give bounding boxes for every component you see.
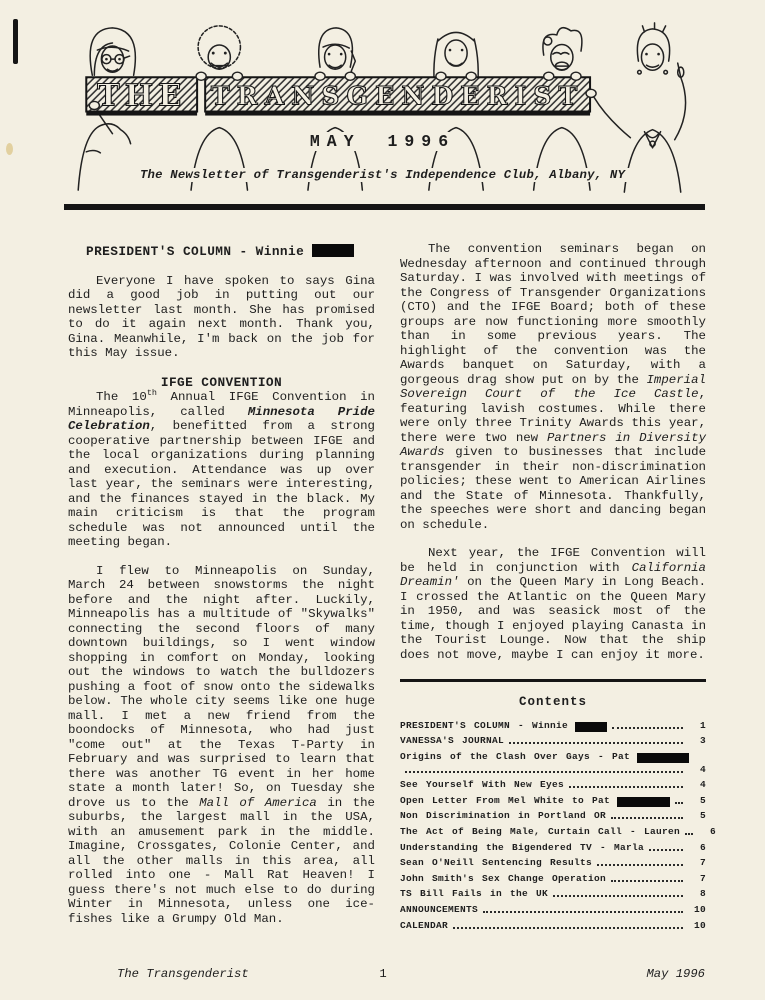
- dotted-leader: [612, 727, 683, 729]
- dotted-leader: [569, 786, 683, 788]
- convention-paragraph-2: Next year, the IFGE Convention will be h…: [400, 546, 706, 662]
- masthead: THE TRANSGENDERIST MAY 1996 The Newslett…: [0, 0, 765, 215]
- toc-row-continuation: 4: [400, 764, 706, 775]
- ifge-paragraph-1: The 10th Annual IFGE Convention in Minne…: [68, 390, 375, 550]
- dotted-leader: [685, 833, 693, 835]
- toc-entry-label: See Yourself With New Eyes: [400, 779, 564, 790]
- dotted-leader: [453, 927, 683, 929]
- redaction-box: [637, 753, 689, 763]
- toc-page-number: 4: [688, 764, 706, 775]
- footer-newsletter-name: The Transgenderist: [117, 967, 249, 981]
- dotted-leader: [649, 849, 683, 851]
- newsletter-page: THE TRANSGENDERIST MAY 1996 The Newslett…: [0, 0, 765, 1000]
- dotted-leader: [509, 742, 683, 744]
- issue-date-text: MAY 1996: [302, 132, 463, 151]
- woman-figure-6: [594, 23, 685, 192]
- toc-page-number: 8: [688, 888, 706, 899]
- toc-row: See Yourself With New Eyes4: [400, 779, 706, 790]
- toc-entry-label: VANESSA'S JOURNAL: [400, 735, 504, 746]
- toc-entry-label: Origins of the Clash Over Gays - Pat: [400, 751, 630, 762]
- toc-entry-label: John Smith's Sex Change Operation: [400, 873, 606, 884]
- figure-eye-dots: [105, 49, 660, 61]
- text-segment: , benefitted from a strong cooperative p…: [68, 419, 375, 549]
- banner-word-the: THE: [97, 78, 186, 113]
- text-segment: The convention seminars began on Wednesd…: [400, 242, 706, 387]
- toc-page-number: 5: [688, 810, 706, 821]
- toc-row: TS Bill Fails in the UK8: [400, 888, 706, 899]
- toc-row: The Act of Being Male, Curtain Call - La…: [400, 826, 706, 837]
- dotted-leader: [483, 911, 683, 913]
- dotted-leader: [597, 864, 683, 866]
- table-of-contents: PRESIDENT'S COLUMN - Winnie1VANESSA'S JO…: [400, 720, 706, 931]
- dotted-leader: [611, 817, 683, 819]
- convention-paragraph-1: The convention seminars began on Wednesd…: [400, 242, 706, 532]
- toc-page-number: 7: [688, 873, 706, 884]
- toc-row: John Smith's Sex Change Operation7: [400, 873, 706, 884]
- toc-row: Sean O'Neill Sentencing Results7: [400, 857, 706, 868]
- text-segment: Everyone I have spoken to says Gina did …: [68, 274, 375, 361]
- toc-entry-label: The Act of Being Male, Curtain Call - La…: [400, 826, 680, 837]
- footer-date: May 1996: [646, 967, 705, 981]
- toc-row: Non Discrimination in Portland OR5: [400, 810, 706, 821]
- toc-page-number: 4: [688, 779, 706, 790]
- toc-entry-label: Understanding the Bigendered TV - Marla: [400, 842, 644, 853]
- toc-entry-label: CALENDAR: [400, 920, 448, 931]
- left-column: PRESIDENT'S COLUMN - Winnie Everyone I h…: [68, 242, 375, 926]
- presidents-column-heading: PRESIDENT'S COLUMN - Winnie: [68, 242, 375, 260]
- toc-row: PRESIDENT'S COLUMN - Winnie1: [400, 720, 706, 731]
- redaction-box: [312, 244, 354, 257]
- dotted-leader: [611, 880, 683, 882]
- toc-page-number: 5: [688, 795, 706, 806]
- toc-entry-label: Sean O'Neill Sentencing Results: [400, 857, 592, 868]
- toc-row: Open Letter From Mel White to Pat5: [400, 795, 706, 806]
- toc-entry-label: ANNOUNCEMENTS: [400, 904, 478, 915]
- banner-word-transgenderist: TRANSGENDERIST: [211, 80, 584, 110]
- toc-entry-label: Non Discrimination in Portland OR: [400, 810, 606, 821]
- toc-entry-label: TS Bill Fails in the UK: [400, 888, 548, 899]
- toc-row: CALENDAR10: [400, 920, 706, 931]
- dotted-leader: [675, 802, 683, 804]
- toc-row: VANESSA'S JOURNAL3: [400, 735, 706, 746]
- toc-page-number: 6: [688, 842, 706, 853]
- dotted-leader: [553, 895, 683, 897]
- toc-entry-label: PRESIDENT'S COLUMN - Winnie: [400, 720, 568, 731]
- title-banner: THE TRANSGENDERIST: [86, 77, 590, 115]
- presidents-column-heading-text: PRESIDENT'S COLUMN - Winnie: [86, 244, 304, 259]
- toc-page-number: 1: [688, 720, 706, 731]
- toc-page-number: 3: [688, 735, 706, 746]
- toc-row: Understanding the Bigendered TV - Marla6: [400, 842, 706, 853]
- contents-divider-rule: [400, 679, 706, 682]
- toc-row: Origins of the Clash Over Gays - Pat: [400, 751, 706, 762]
- toc-page-number: 6: [698, 826, 716, 837]
- toc-row: ANNOUNCEMENTS10: [400, 904, 706, 915]
- text-segment: I flew to Minneapolis on Sunday, March 2…: [68, 564, 375, 810]
- text-segment: The 10: [96, 390, 147, 404]
- toc-page-number: 7: [688, 857, 706, 868]
- masthead-subtitle-text: The Newsletter of Transgenderist's Indep…: [134, 168, 631, 182]
- toc-entry-label: Open Letter From Mel White to Pat: [400, 795, 610, 806]
- styled-text-segment: Mall of America: [199, 796, 317, 810]
- toc-page-number: 10: [688, 920, 706, 931]
- contents-title: Contents: [400, 695, 706, 710]
- styled-text-segment: th: [147, 388, 157, 398]
- issue-date: MAY 1996: [0, 132, 765, 151]
- redaction-box: [617, 797, 670, 807]
- redaction-box: [575, 722, 607, 732]
- toc-page-number: 10: [688, 904, 706, 915]
- masthead-subtitle: The Newsletter of Transgenderist's Indep…: [0, 168, 765, 182]
- footer-page-number: 1: [379, 967, 386, 981]
- right-column: The convention seminars began on Wednesd…: [400, 242, 706, 931]
- ifge-convention-heading: IFGE CONVENTION: [68, 376, 375, 391]
- header-divider-rule: [64, 204, 705, 210]
- text-segment: in the suburbs, the largest mall in the …: [68, 796, 375, 926]
- presidents-column-paragraph: Everyone I have spoken to says Gina did …: [68, 274, 375, 361]
- text-segment: given to businesses that include transge…: [400, 445, 706, 532]
- ifge-paragraph-2: I flew to Minneapolis on Sunday, March 2…: [68, 564, 375, 927]
- dotted-leader: [405, 771, 683, 773]
